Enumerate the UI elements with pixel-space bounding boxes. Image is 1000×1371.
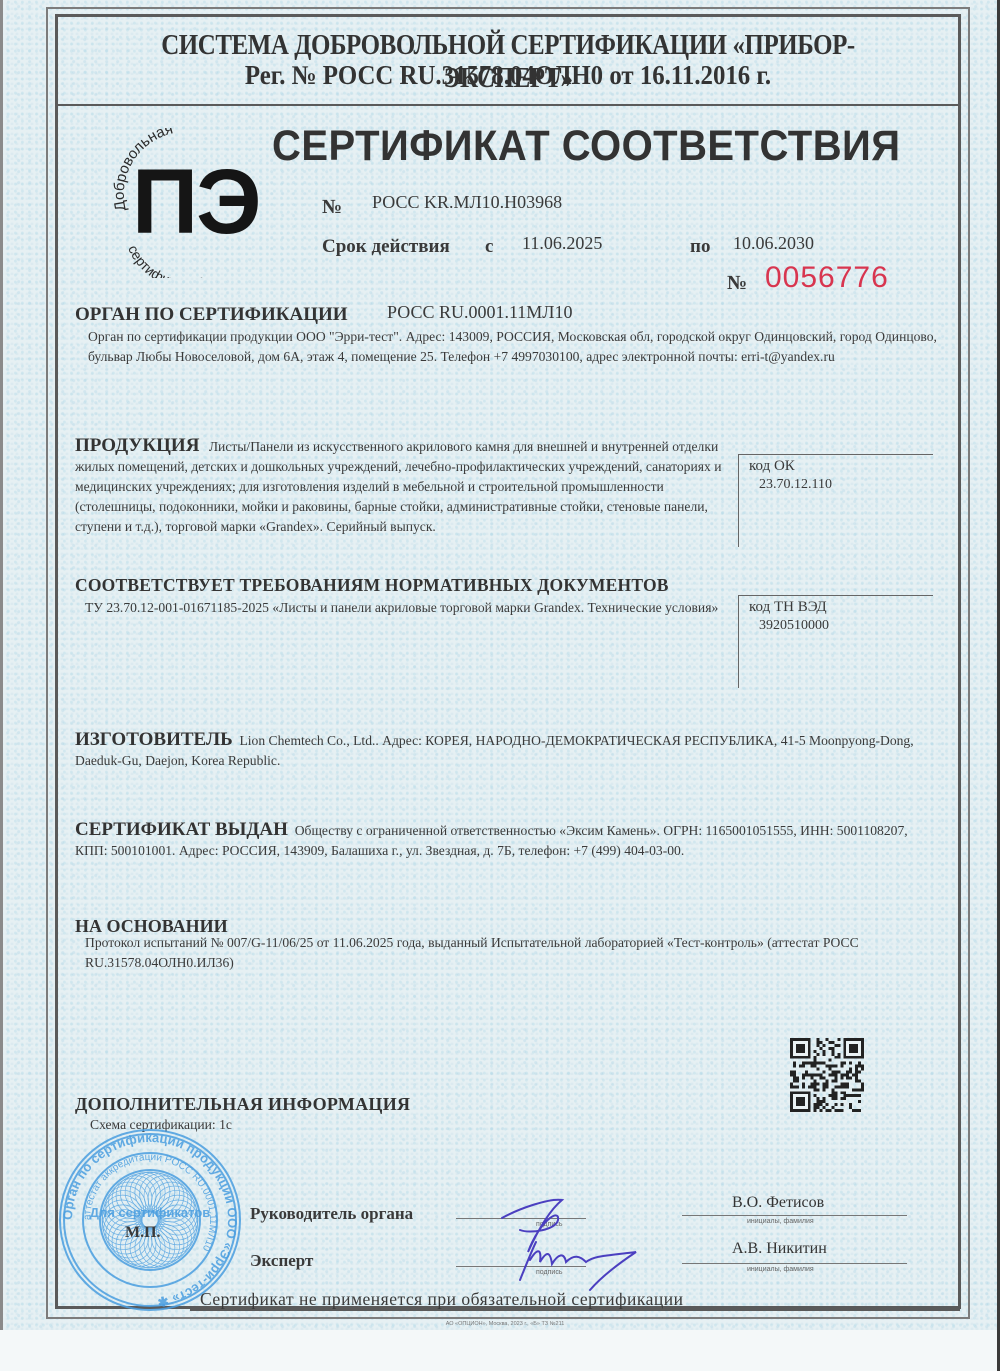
valid-from-label: с xyxy=(485,236,493,258)
serial-number-sign: № xyxy=(727,272,747,295)
ok-code-box: код ОК 23.70.12.110 xyxy=(738,454,933,547)
header-divider xyxy=(55,104,961,106)
stamp-center-text: Для сертификатов xyxy=(90,1205,211,1220)
normative-documents-list: ТУ 23.70.12-001-01671185-2025 «Листы и п… xyxy=(85,598,735,618)
issued-to-heading: СЕРТИФИКАТ ВЫДАН xyxy=(75,819,288,840)
normative-documents-heading: СООТВЕТСТВУЕТ ТРЕБОВАНИЯМ НОРМАТИВНЫХ ДО… xyxy=(75,575,669,596)
tnved-code-value: 3920510000 xyxy=(759,618,829,634)
certificate-title: СЕРТИФИКАТ СООТВЕТСТВИЯ xyxy=(272,122,900,171)
seal-stamp-icon: Орган по сертификации продукции ООО «Эрр… xyxy=(55,1125,245,1315)
issued-to-section: СЕРТИФИКАТ ВЫДАН Обществу с ограниченной… xyxy=(75,820,935,861)
expert-name-line xyxy=(682,1263,907,1264)
expert-name-caption: инициалы, фамилия xyxy=(747,1266,814,1273)
logo-letters: ПЭ xyxy=(132,156,260,248)
certification-body-details: Орган по сертификации продукции ООО "Эрр… xyxy=(88,327,938,367)
additional-info-heading: ДОПОЛНИТЕЛЬНАЯ ИНФОРМАЦИЯ xyxy=(75,1094,410,1115)
certificate-number-sign: № xyxy=(322,196,342,219)
certification-body-code: РОСС RU.0001.11МЛ10 xyxy=(387,302,573,323)
head-name-caption: инициалы, фамилия xyxy=(747,1218,814,1225)
certificate-number: РОСС KR.МЛ10.Н03968 xyxy=(372,192,562,213)
footer-divider xyxy=(190,1309,960,1311)
head-name: В.О. Фетисов xyxy=(732,1194,824,1212)
valid-to-label: по xyxy=(690,236,710,258)
system-registration-number: Рег. № РОСС RU.31578.04ОЛН0 от 16.11.201… xyxy=(91,60,925,91)
voluntary-certification-note: Сертификат не применяется при обязательн… xyxy=(200,1289,683,1310)
pe-certification-logo-icon: Добровольная сертификация ПЭ xyxy=(108,128,258,278)
handwritten-signatures-icon xyxy=(490,1190,650,1300)
valid-from-date: 11.06.2025 xyxy=(522,233,602,254)
blank-serial-number: 0056776 xyxy=(765,261,889,295)
certification-body-heading: ОРГАН ПО СЕРТИФИКАЦИИ xyxy=(75,304,348,326)
manufacturer-heading: ИЗГОТОВИТЕЛЬ xyxy=(75,729,233,750)
product-heading: ПРОДУКЦИЯ xyxy=(75,435,199,456)
ok-code-label: код ОК xyxy=(749,458,795,475)
tnved-code-box: код ТН ВЭД 3920510000 xyxy=(738,595,933,688)
ok-code-value: 23.70.12.110 xyxy=(759,477,832,493)
stamp-place-label: М.П. xyxy=(125,1224,161,1242)
expert-label: Эксперт xyxy=(250,1251,313,1271)
tnved-code-label: код ТН ВЭД xyxy=(749,599,827,616)
page-edge-left xyxy=(0,0,3,1371)
head-name-line xyxy=(682,1215,907,1216)
qr-code-icon xyxy=(790,1038,864,1112)
printer-imprint: АО «ОПЦИОН», Москва, 2023 г., «Б» ТЗ №21… xyxy=(355,1321,655,1327)
validity-label: Срок действия xyxy=(322,236,450,258)
product-section: ПРОДУКЦИЯ Листы/Панели из искусственного… xyxy=(75,436,730,537)
manufacturer-section: ИЗГОТОВИТЕЛЬ Lion Chemtech Co., Ltd.. Ад… xyxy=(75,730,935,771)
page-bottom-margin xyxy=(0,1330,997,1371)
basis-details: Протокол испытаний № 007/G-11/06/25 от 1… xyxy=(85,933,935,973)
head-of-body-label: Руководитель органа xyxy=(250,1204,413,1224)
valid-to-date: 10.06.2030 xyxy=(733,233,814,254)
expert-name: А.В. Никитин xyxy=(732,1240,827,1258)
